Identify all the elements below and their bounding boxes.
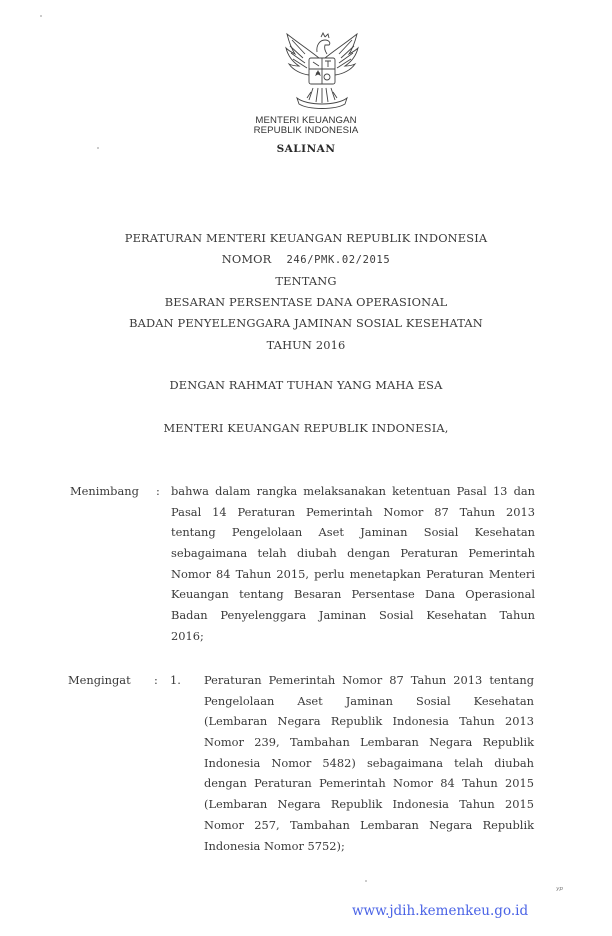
menimbang-line: Nomor 84 Tahun 2015, perlu menetapkan Pe… [171,564,535,585]
nomor-value: 246/PMK.02/2015 [286,254,390,266]
mengingat-line: (Lembaran Negara Republik Indonesia Tahu… [204,711,534,732]
mengingat-line: Pengelolaan Aset Jaminan Sosial Kesehata… [204,691,534,712]
menimbang-colon: : [156,484,160,498]
subject-line-1: BESARAN PERSENTASE DANA OPERASIONAL [0,295,612,309]
mengingat-label: Mengingat [68,673,131,687]
office-name-line2: REPUBLIK INDONESIA [0,126,612,137]
paraf-initials: ʸᵖ [556,886,563,896]
mengingat-item-1: Peraturan Pemerintah Nomor 87 Tahun 2013… [204,670,534,856]
mengingat-line: (Lembaran Negara Republik Indonesia Tahu… [204,794,534,815]
mengingat-colon: : [154,673,158,687]
menimbang-line: 2016; [171,626,535,647]
menimbang-line: bahwa dalam rangka melaksanakan ketentua… [171,481,535,502]
mengingat-item-number: 1. [170,673,181,687]
scan-speck [97,147,99,149]
salinan-stamp: SALINAN [0,143,612,155]
subject-line-3: TAHUN 2016 [0,338,612,352]
jdih-website-link[interactable]: www.jdih.kemenkeu.go.id [352,903,528,919]
menimbang-line: Pasal 14 Peraturan Pemerintah Nomor 87 T… [171,502,535,523]
mengingat-line: Peraturan Pemerintah Nomor 87 Tahun 2013… [204,670,534,691]
mengingat-line: Nomor 257, Tambahan Lembaran Negara Repu… [204,815,534,836]
subject-line-2: BADAN PENYELENGGARA JAMINAN SOSIAL KESEH… [0,316,612,330]
mengingat-line: Nomor 239, Tambahan Lembaran Negara Repu… [204,732,534,753]
invocation: DENGAN RAHMAT TUHAN YANG MAHA ESA [0,378,612,392]
mengingat-line: dengan Peraturan Pemerintah Nomor 84 Tah… [204,773,534,794]
scan-speck [40,15,42,17]
regulation-number: NOMOR 246/PMK.02/2015 [0,252,612,266]
menimbang-line: tentang Pengelolaan Aset Jaminan Sosial … [171,522,535,543]
menimbang-line: Badan Penyelenggara Jaminan Sosial Keseh… [171,605,535,626]
regulation-title: PERATURAN MENTERI KEUANGAN REPUBLIK INDO… [0,231,612,245]
mengingat-line: Indonesia Nomor 5752); [204,836,534,857]
menimbang-paragraph: bahwa dalam rangka melaksanakan ketentua… [171,481,535,647]
garuda-emblem-icon [283,28,361,114]
menimbang-line: Keuangan tentang Besaran Persentase Dana… [171,584,535,605]
issuer: MENTERI KEUANGAN REPUBLIK INDONESIA, [0,421,612,435]
tentang-heading: TENTANG [0,274,612,288]
menimbang-label: Menimbang [70,484,139,498]
nomor-label: NOMOR [222,252,272,266]
mengingat-line: Indonesia Nomor 5482) sebagaimana telah … [204,753,534,774]
menimbang-line: sebagaimana telah diubah dengan Peratura… [171,543,535,564]
scan-speck [365,880,367,882]
